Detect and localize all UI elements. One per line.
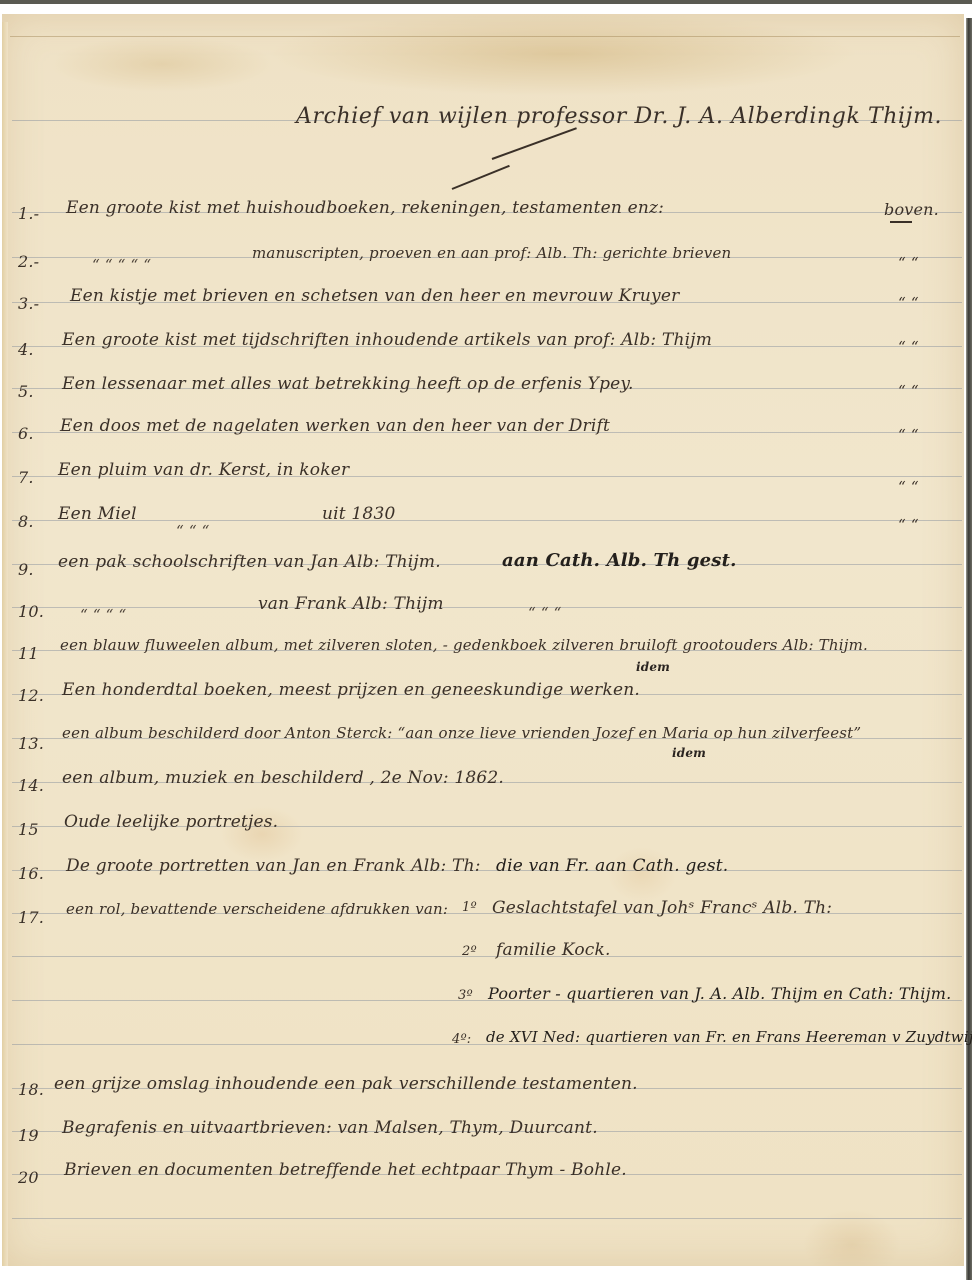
location-ditto: “ “ (898, 382, 919, 400)
ruled-line (12, 520, 962, 521)
entry-text: van Frank Alb: Thijm (258, 594, 444, 614)
margin-header-boven: boven. (884, 200, 939, 219)
entry-text: Een honderdtal boeken, meest prijzen en … (62, 680, 640, 700)
notebook-binding (966, 18, 972, 1280)
entry-text: een blauw fluweelen album, met zilveren … (60, 636, 868, 654)
location-ditto: “ “ (898, 478, 919, 496)
entry-number: 10. (18, 602, 44, 621)
entry-text: Een groote kist met huishoudboeken, reke… (66, 198, 664, 218)
entry-number: 12. (18, 686, 44, 705)
entry-number: 11 (18, 644, 39, 663)
entry-text: Een Miel (58, 504, 137, 524)
entry-text: manuscripten, proeven en aan prof: Alb. … (252, 244, 731, 262)
entry-number: 15 (18, 820, 39, 839)
idem-annotation: idem (672, 746, 706, 760)
subitem-text: familie Kock. (496, 940, 611, 960)
margin-header-underline (890, 221, 912, 223)
location-ditto: “ “ (898, 338, 919, 356)
entry-text: Oude leelijke portretjes. (64, 812, 278, 832)
entry-text: een pak schoolschriften van Jan Alb: Thi… (58, 552, 441, 572)
ruled-line (12, 1218, 962, 1219)
entry-text: Een pluim van dr. Kerst, in koker (58, 460, 349, 480)
entry-text: Een kistje met brieven en schetsen van d… (70, 286, 679, 306)
page-edge (2, 22, 8, 1266)
entry-number: 4. (18, 340, 34, 359)
location-ditto: “ “ (898, 426, 919, 444)
note-ditto-marks: “ “ “ (528, 604, 562, 622)
ditto-marks: “ “ “ “ (80, 606, 126, 624)
entry-text: Een groote kist met tijdschriften inhoud… (62, 330, 712, 350)
entry-text: een album, muziek en beschilderd , 2e No… (62, 768, 504, 788)
entry-number: 5. (18, 382, 34, 401)
entry-extra: uit 1830 (322, 504, 396, 524)
page-top-fold (10, 36, 960, 37)
entry-number: 16. (18, 864, 44, 883)
idem-annotation: idem (636, 660, 670, 674)
entry-text: een album beschilderd door Anton Sterck:… (62, 724, 861, 742)
entry-number: 20 (18, 1168, 39, 1187)
subitem-label: 2º (462, 944, 477, 959)
entry-text: Brieven en documenten betreffende het ec… (64, 1160, 627, 1180)
subitem-text: Poorter - quartieren van J. A. Alb. Thij… (488, 984, 951, 1003)
subitem-label: 4º: (452, 1032, 471, 1047)
entry-number: 14. (18, 776, 44, 795)
entry-number: 17. (18, 908, 44, 927)
entry-number: 19 (18, 1126, 39, 1145)
entry-number: 6. (18, 424, 34, 443)
location-ditto: “ “ (898, 294, 919, 312)
entry-text: een grijze omslag inhoudende een pak ver… (54, 1074, 638, 1094)
ditto-marks: “ “ “ (176, 522, 210, 540)
ruled-line (12, 607, 962, 608)
scan-border-top (0, 0, 972, 4)
subitem-label: 1º (462, 900, 477, 915)
entry-number: 2.- (18, 252, 39, 271)
entry-number: 9. (18, 560, 34, 579)
entry-text: Een doos met de nagelaten werken van den… (60, 416, 610, 436)
location-ditto: “ “ (898, 254, 919, 272)
location-ditto: “ “ (898, 516, 919, 534)
entry-number: 13. (18, 734, 44, 753)
entry-text: Een lessenaar met alles wat betrekking h… (62, 374, 634, 394)
subitem-text: de XVI Ned: quartieren van Fr. en Frans … (486, 1028, 972, 1046)
entry-number: 7. (18, 468, 34, 487)
entry-number: 1.- (18, 204, 39, 223)
entry-number: 18. (18, 1080, 44, 1099)
subitem-label: 3º (458, 988, 473, 1003)
entry-text: Begrafenis en uitvaartbrieven: van Malse… (62, 1118, 598, 1138)
entry-number: 8. (18, 512, 34, 531)
document-title: Archief van wijlen professor Dr. J. A. A… (296, 104, 826, 129)
ruled-line (12, 956, 962, 957)
entry-note: die van Fr. aan Cath. gest. (496, 856, 728, 876)
ditto-marks: “ “ “ “ “ (92, 256, 151, 274)
entry-text: een rol, bevattende verscheidene afdrukk… (66, 900, 448, 918)
subitem-text: Geslachtstafel van Johˢ Francˢ Alb. Th: (492, 898, 832, 918)
entry-text: De groote portretten van Jan en Frank Al… (66, 856, 481, 876)
entry-note: aan Cath. Alb. Th gest. (502, 550, 737, 571)
entry-number: 3.- (18, 294, 39, 313)
